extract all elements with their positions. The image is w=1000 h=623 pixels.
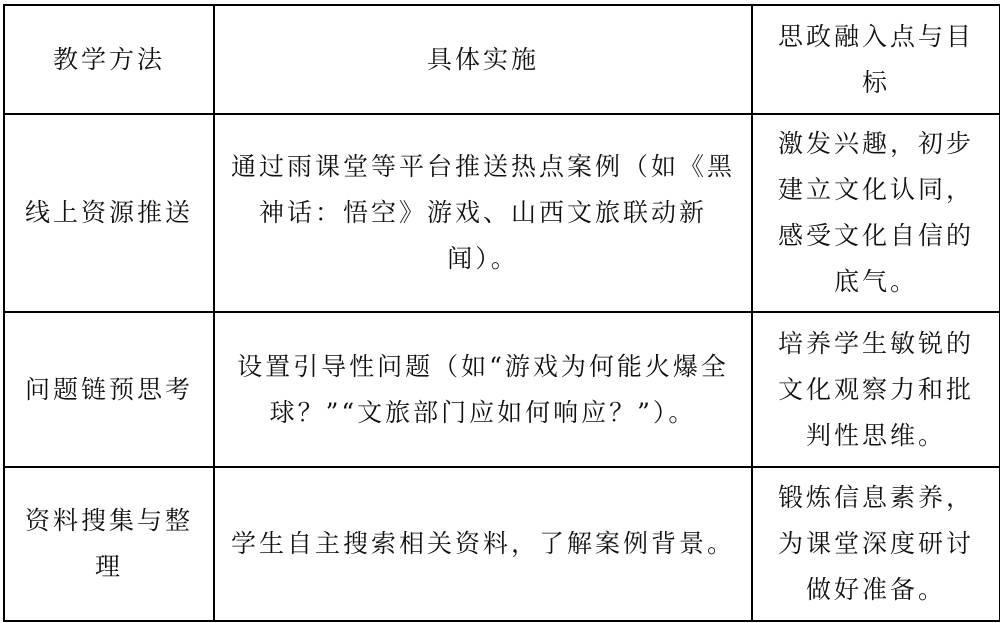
header-implementation: 具体实施 — [214, 5, 752, 114]
method-cell: 资料搜集与整理 — [4, 467, 214, 621]
document-page: 教学方法 具体实施 思政融入点与目标 线上资源推送 通过雨课堂等平台推送热点案例… — [3, 4, 999, 622]
goal-text: 激发兴趣，初步建立文化认同，感受文化自信的底气。 — [765, 121, 987, 305]
header-implementation-label: 具体实施 — [427, 37, 539, 83]
method-text: 资料搜集与整理 — [17, 498, 201, 590]
goal-cell: 锻炼信息素养，为课堂深度研讨做好准备。 — [752, 467, 1000, 621]
implementation-cell: 设置引导性问题（如“游戏为何能火爆全球？”“文旅部门应如何响应？”）。 — [214, 312, 752, 467]
method-cell: 线上资源推送 — [4, 114, 214, 312]
header-goal: 思政融入点与目标 — [752, 5, 1000, 114]
goal-cell: 激发兴趣，初步建立文化认同，感受文化自信的底气。 — [752, 114, 1000, 312]
goal-cell: 培养学生敏锐的文化观察力和批判性思维。 — [752, 312, 1000, 467]
table-row: 问题链预思考 设置引导性问题（如“游戏为何能火爆全球？”“文旅部门应如何响应？”… — [4, 312, 1000, 467]
implementation-text: 通过雨课堂等平台推送热点案例（如《黑神话：悟空》游戏、山西文旅联动新闻）。 — [227, 144, 739, 282]
goal-text: 培养学生敏锐的文化观察力和批判性思维。 — [765, 321, 987, 459]
header-method: 教学方法 — [4, 5, 214, 114]
implementation-text: 学生自主搜索相关资料，了解案例背景。 — [231, 521, 735, 567]
goal-text: 锻炼信息素养，为课堂深度研讨做好准备。 — [765, 475, 987, 613]
table-header-row: 教学方法 具体实施 思政融入点与目标 — [4, 5, 1000, 114]
table-row: 线上资源推送 通过雨课堂等平台推送热点案例（如《黑神话：悟空》游戏、山西文旅联动… — [4, 114, 1000, 312]
implementation-cell: 学生自主搜索相关资料，了解案例背景。 — [214, 467, 752, 621]
method-text: 问题链预思考 — [25, 367, 193, 413]
method-text: 线上资源推送 — [25, 190, 193, 236]
implementation-cell: 通过雨课堂等平台推送热点案例（如《黑神话：悟空》游戏、山西文旅联动新闻）。 — [214, 114, 752, 312]
implementation-text: 设置引导性问题（如“游戏为何能火爆全球？”“文旅部门应如何响应？”）。 — [227, 344, 739, 436]
table-row: 资料搜集与整理 学生自主搜索相关资料，了解案例背景。 锻炼信息素养，为课堂深度研… — [4, 467, 1000, 621]
teaching-methods-table: 教学方法 具体实施 思政融入点与目标 线上资源推送 通过雨课堂等平台推送热点案例… — [3, 4, 1000, 622]
method-cell: 问题链预思考 — [4, 312, 214, 467]
header-method-label: 教学方法 — [53, 37, 165, 83]
header-goal-label: 思政融入点与目标 — [765, 14, 987, 106]
